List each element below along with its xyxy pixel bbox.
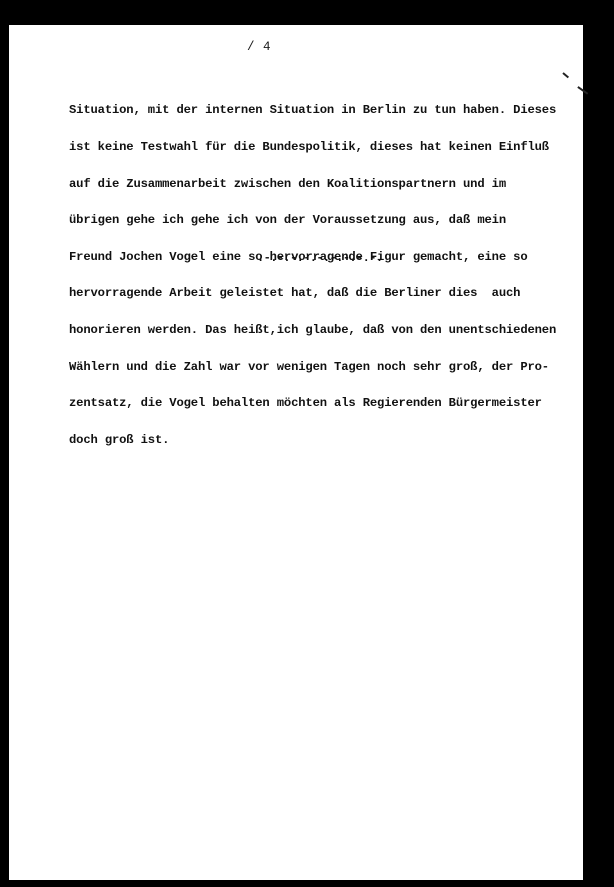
text-line: hervorragende Arbeit geleistet hat, daß …: [69, 287, 589, 299]
pen-mark: [562, 72, 569, 78]
body-paragraph: Situation, mit der internen Situation in…: [69, 80, 589, 458]
text-line: ist keine Testwahl für die Bundespolitik…: [69, 141, 589, 153]
text-line: doch groß ist.: [69, 434, 589, 446]
text-line: übrigen gehe ich gehe ich von der Voraus…: [69, 214, 589, 226]
text-line: honorieren werden. Das heißt,ich glaube,…: [69, 324, 589, 336]
text-line: Wählern und die Zahl war vor wenigen Tag…: [69, 361, 589, 373]
text-line: Situation, mit der internen Situation in…: [69, 104, 589, 116]
text-line: zentsatz, die Vogel behalten möchten als…: [69, 397, 589, 409]
page-number: / 4: [247, 40, 271, 54]
text-line: auf die Zusammenarbeit zwischen den Koal…: [69, 178, 589, 190]
section-separator: .-.-.-.-.-.-.-.-.-.: [257, 251, 382, 265]
